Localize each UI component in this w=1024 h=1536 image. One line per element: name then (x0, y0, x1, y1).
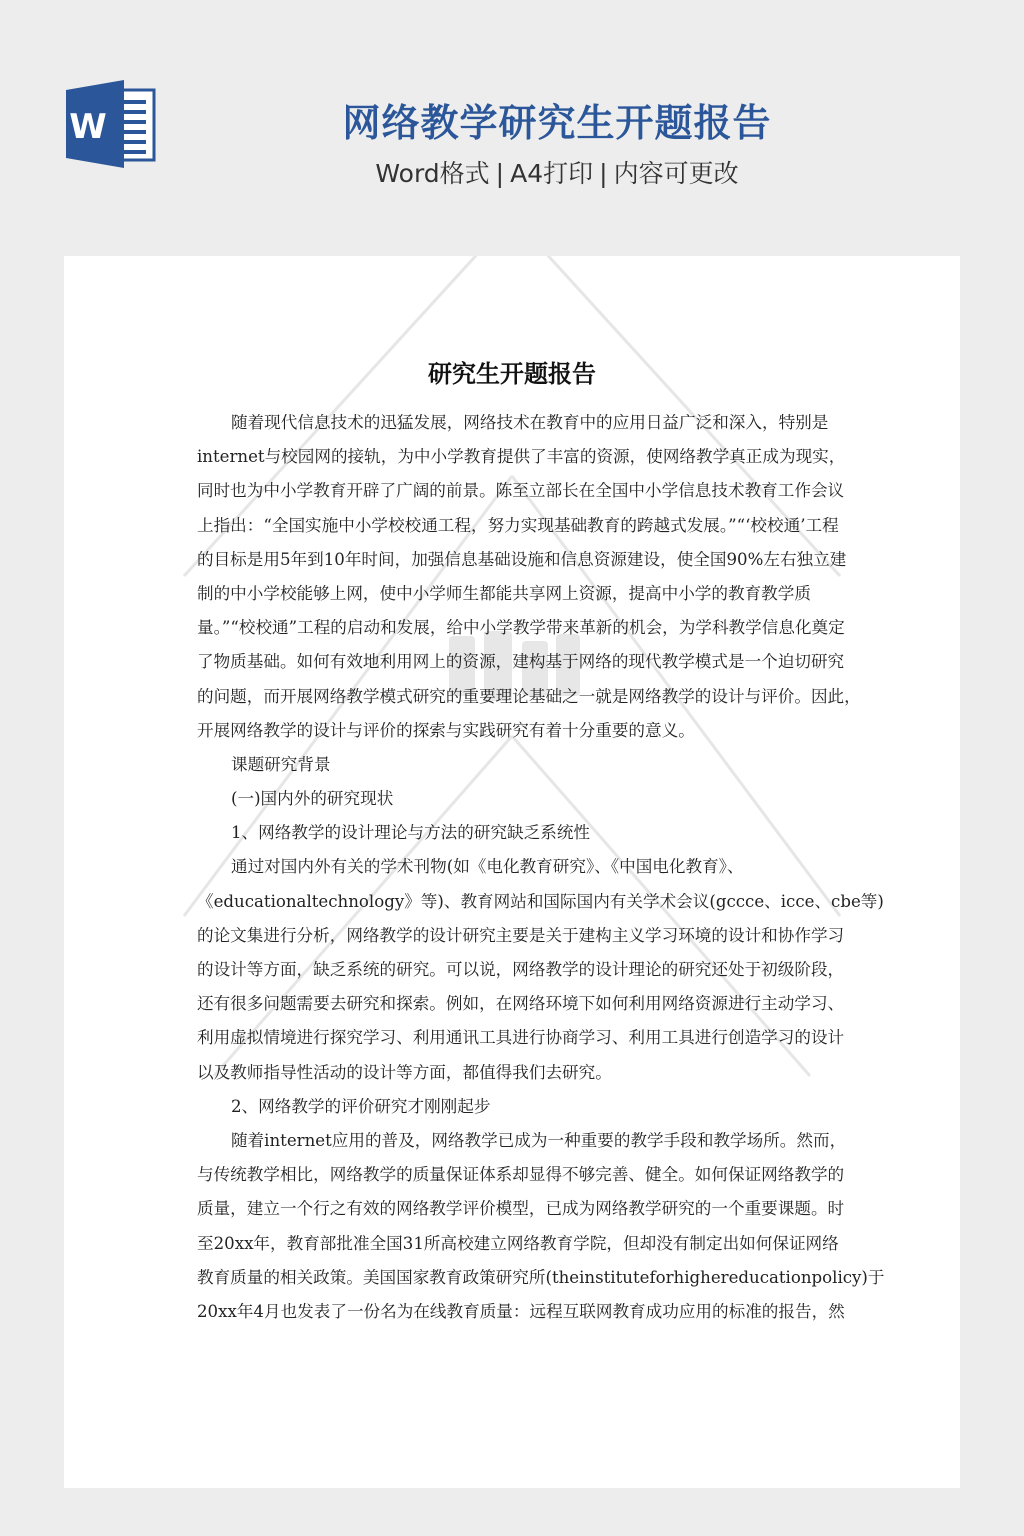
text-line: 与传统教学相比，网络教学的质量保证体系却显得不够完善、健全。如何保证网络教学的 (197, 1158, 891, 1192)
text-line: 上指出：“全国实施中小学校校通工程，努力实现基础教育的跨越式发展。”“‘校校通’… (197, 509, 891, 543)
text-line: 以及教师指导性活动的设计等方面，都值得我们去研究。 (197, 1056, 891, 1090)
text-line: 20xx年4月也发表了一份名为在线教育质量：远程互联网教育成功应用的标准的报告，… (197, 1295, 891, 1329)
text-line: 的论文集进行分析，网络教学的设计研究主要是关于建构主义学习环境的设计和协作学习 (197, 919, 891, 953)
text-line: 质量，建立一个行之有效的网络教学评价模型，已成为网络教学研究的一个重要课题。时 (197, 1192, 891, 1226)
text-line: 的设计等方面，缺乏系统的研究。可以说，网络教学的设计理论的研究还处于初级阶段， (197, 953, 891, 987)
section-heading: 课题研究背景 (197, 748, 891, 782)
text-line: 利用虚拟情境进行探究学习、利用通讯工具进行协商学习、利用工具进行创造学习的设计 (197, 1021, 891, 1055)
text-line: internet与校园网的接轨，为中小学教育提供了丰富的资源，使网络教学真正成为… (197, 440, 891, 474)
text-line: 的问题，而开展网络教学模式研究的重要理论基础之一就是网络教学的设计与评价。因此， (197, 680, 891, 714)
subtitle-separator: | (496, 159, 504, 188)
text-line: 了物质基础。如何有效地利用网上的资源，建构基于网络的现代教学模式是一个迫切研究 (197, 645, 891, 679)
text-line: 通过对国内外有关的学术刊物(如《电化教育研究》、《中国电化教育》、 (197, 850, 891, 884)
preview-banner: W 网络教学研究生开题报告 Word格式|A4打印|内容可更改 (0, 0, 1024, 256)
banner-subtitle: Word格式|A4打印|内容可更改 (300, 154, 814, 190)
svg-text:W: W (69, 107, 107, 147)
text-line: 量。”“校校通”工程的启动和发展，给中小学教学带来革新的机会，为学科教学信息化奠… (197, 611, 891, 645)
text-line: 随着现代信息技术的迅猛发展，网络技术在教育中的应用日益广泛和深入，特别是 (197, 406, 891, 440)
section-heading: 2、网络教学的评价研究才刚刚起步 (197, 1090, 891, 1124)
subtitle-format: Word格式 (375, 159, 489, 188)
document-body: 随着现代信息技术的迅猛发展，网络技术在教育中的应用日益广泛和深入，特别是 int… (197, 406, 891, 1329)
text-line: 开展网络教学的设计与评价的探索与实践研究有着十分重要的意义。 (197, 714, 891, 748)
section-heading: 1、网络教学的设计理论与方法的研究缺乏系统性 (197, 816, 891, 850)
word-document-icon: W (64, 80, 156, 168)
text-line: 同时也为中小学教育开辟了广阔的前景。陈至立部长在全国中小学信息技术教育工作会议 (197, 474, 891, 508)
text-line: 至20xx年，教育部批准全国31所高校建立网络教育学院，但却没有制定出如何保证网… (197, 1227, 891, 1261)
text-line: 随着internet应用的普及，网络教学已成为一种重要的教学手段和教学场所。然而… (197, 1124, 891, 1158)
text-line: 《educationaltechnology》等)、教育网站和国际国内有关学术会… (197, 885, 891, 919)
subtitle-print: A4打印 (510, 159, 593, 188)
text-line: 还有很多问题需要去研究和探索。例如，在网络环境下如何利用网络资源进行主动学习、 (197, 987, 891, 1021)
section-heading: (一)国内外的研究现状 (197, 782, 891, 816)
banner-title: 网络教学研究生开题报告 (300, 92, 814, 147)
text-line: 制的中小学校能够上网，使中小学师生都能共享网上资源，提高中小学的教育教学质 (197, 577, 891, 611)
text-line: 教育质量的相关政策。美国国家教育政策研究所(theinstituteforhig… (197, 1261, 891, 1295)
document-title: 研究生开题报告 (64, 354, 960, 389)
text-line: 的目标是用5年到10年时间，加强信息基础设施和信息资源建设，使全国90%左右独立… (197, 543, 891, 577)
subtitle-separator: | (599, 159, 607, 188)
subtitle-editable: 内容可更改 (614, 159, 739, 188)
document-page: 研究生开题报告 随着现代信息技术的迅猛发展，网络技术在教育中的应用日益广泛和深入… (64, 256, 960, 1488)
